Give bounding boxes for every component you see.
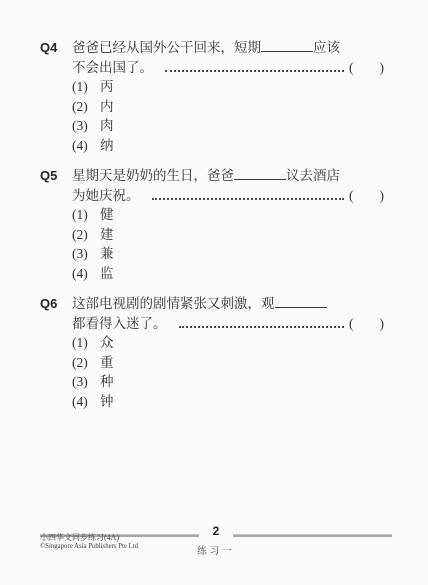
- publisher-credit: ©Singapore Asia Publishers Pte Ltd: [40, 543, 138, 551]
- blank-line: [275, 295, 327, 308]
- question-body: 这部电视剧的剧情紧张又刺激，观 都看得入迷了。 () (1)众 (2)重 (3)…: [72, 294, 394, 411]
- dotted-leader: [165, 60, 344, 72]
- text-line2: 为她庆祝。: [72, 186, 140, 206]
- question-text-line2: 不会出国了。 (): [72, 58, 384, 78]
- option-text: 肉: [100, 116, 394, 136]
- question-block-q5: Q5 星期天是奶奶的生日，爸爸议去酒店 为她庆祝。 () (1)健 (2)建 (…: [40, 166, 394, 283]
- question-block-q4: Q4 爸爸已经从国外公干回来，短期应该 不会出国了。 () (1)丙 (2)内 …: [40, 38, 394, 155]
- option-number: (3): [72, 372, 100, 392]
- page-number: 2: [213, 524, 220, 538]
- options-list: (1)众 (2)重 (3)种 (4)钟: [72, 333, 394, 411]
- book-title: 小四华文同步练习(4A): [40, 533, 138, 543]
- option-row: (3)种: [72, 372, 394, 392]
- question-number: Q4: [40, 38, 72, 155]
- option-number: (2): [72, 225, 100, 245]
- question-number: Q5: [40, 166, 72, 283]
- option-text: 众: [100, 333, 394, 353]
- text-after-blank: 应该: [313, 40, 340, 55]
- answer-parentheses: (): [349, 58, 384, 78]
- option-number: (4): [72, 392, 100, 412]
- option-number: (2): [72, 353, 100, 373]
- option-number: (1): [72, 77, 100, 97]
- paren-close: ): [380, 316, 385, 331]
- dotted-leader: [152, 188, 345, 200]
- option-text: 丙: [100, 77, 394, 97]
- option-number: (4): [72, 136, 100, 156]
- option-row: (4)钟: [72, 392, 394, 412]
- option-row: (2)建: [72, 225, 394, 245]
- answer-parentheses: (): [349, 314, 384, 334]
- paren-open: (: [349, 316, 354, 331]
- option-number: (2): [72, 97, 100, 117]
- question-number: Q6: [40, 294, 72, 411]
- option-text: 重: [100, 353, 394, 373]
- paren-open: (: [349, 188, 354, 203]
- option-number: (1): [72, 205, 100, 225]
- blank-line: [234, 167, 286, 180]
- text-line2: 都看得入迷了。: [72, 314, 167, 334]
- option-text: 健: [100, 205, 394, 225]
- dotted-leader: [179, 316, 345, 328]
- paren-open: (: [349, 60, 354, 75]
- answer-parentheses: (): [349, 186, 384, 206]
- option-text: 钟: [100, 392, 394, 412]
- paren-close: ): [380, 60, 385, 75]
- question-text-line1: 星期天是奶奶的生日，爸爸议去酒店: [72, 166, 394, 186]
- text-before-blank: 爸爸已经从国外公干回来，短期: [72, 40, 261, 55]
- option-number: (1): [72, 333, 100, 353]
- footer-rule-right: [233, 534, 392, 537]
- paren-close: ): [380, 188, 385, 203]
- options-list: (1)丙 (2)内 (3)肉 (4)纳: [72, 77, 394, 155]
- question-body: 爸爸已经从国外公干回来，短期应该 不会出国了。 () (1)丙 (2)内 (3)…: [72, 38, 394, 155]
- option-row: (1)丙: [72, 77, 394, 97]
- option-number: (3): [72, 244, 100, 264]
- option-row: (2)重: [72, 353, 394, 373]
- question-text-line2: 为她庆祝。 (): [72, 186, 384, 206]
- page-footer: 2 练习一 小四华文同步练习(4A) ©Singapore Asia Publi…: [40, 528, 392, 557]
- option-row: (4)纳: [72, 136, 394, 156]
- option-text: 监: [100, 264, 394, 284]
- text-after-blank: 议去酒店: [286, 168, 340, 183]
- option-number: (3): [72, 116, 100, 136]
- question-text-line2: 都看得入迷了。 (): [72, 314, 384, 334]
- option-row: (2)内: [72, 97, 394, 117]
- questions-area: Q4 爸爸已经从国外公干回来，短期应该 不会出国了。 () (1)丙 (2)内 …: [40, 38, 394, 422]
- option-row: (3)兼: [72, 244, 394, 264]
- text-line2: 不会出国了。: [72, 58, 153, 78]
- option-text: 兼: [100, 244, 394, 264]
- question-text-line1: 这部电视剧的剧情紧张又刺激，观: [72, 294, 394, 314]
- option-text: 纳: [100, 136, 394, 156]
- text-before-blank: 这部电视剧的剧情紧张又刺激，观: [72, 296, 275, 311]
- worksheet-page: Q4 爸爸已经从国外公干回来，短期应该 不会出国了。 () (1)丙 (2)内 …: [0, 0, 428, 585]
- text-before-blank: 星期天是奶奶的生日，爸爸: [72, 168, 234, 183]
- question-text-line1: 爸爸已经从国外公干回来，短期应该: [72, 38, 394, 58]
- blank-line: [261, 39, 313, 52]
- options-list: (1)健 (2)建 (3)兼 (4)监: [72, 205, 394, 283]
- question-body: 星期天是奶奶的生日，爸爸议去酒店 为她庆祝。 () (1)健 (2)建 (3)兼…: [72, 166, 394, 283]
- option-number: (4): [72, 264, 100, 284]
- option-row: (3)肉: [72, 116, 394, 136]
- option-text: 建: [100, 225, 394, 245]
- option-text: 内: [100, 97, 394, 117]
- imprint: 小四华文同步练习(4A) ©Singapore Asia Publishers …: [40, 533, 138, 551]
- option-row: (1)健: [72, 205, 394, 225]
- question-block-q6: Q6 这部电视剧的剧情紧张又刺激，观 都看得入迷了。 () (1)众 (2)重 …: [40, 294, 394, 411]
- option-text: 种: [100, 372, 394, 392]
- option-row: (1)众: [72, 333, 394, 353]
- option-row: (4)监: [72, 264, 394, 284]
